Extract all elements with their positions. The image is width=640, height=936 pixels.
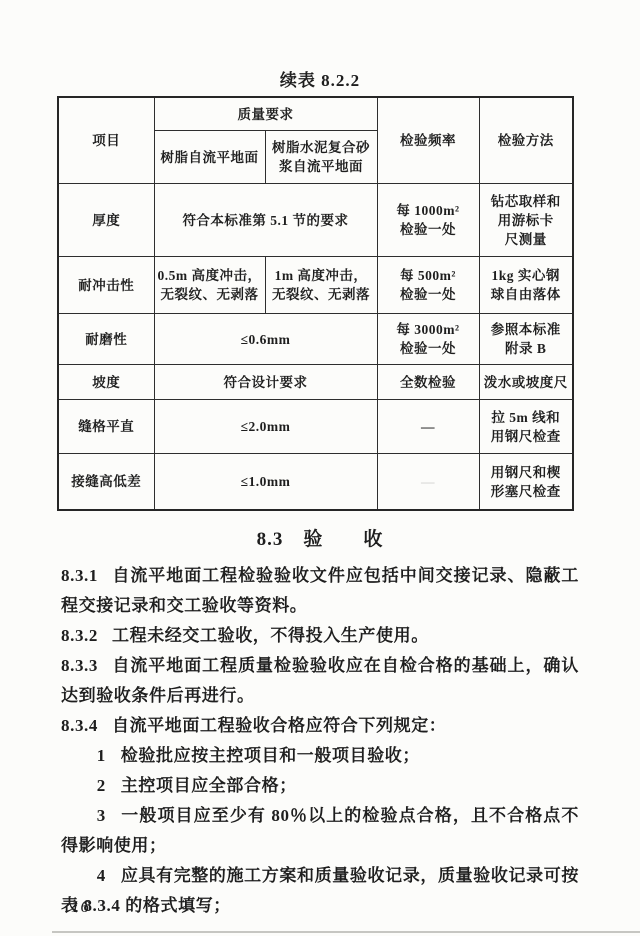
cell-frequency: 每 3000m² 检验一处 xyxy=(377,314,479,365)
table-header-row-1: 项目 质量要求 检验频率 检验方法 xyxy=(58,97,573,131)
list-item-2: 2主控项目应全部合格； xyxy=(61,771,579,801)
cell-frequency: 每 500m² 检验一处 xyxy=(377,257,479,314)
cell-requirement-resin: 0.5m 高度冲击， 无裂纹、无剥落 xyxy=(154,257,265,314)
cell-method: 参照本标准 附录 B xyxy=(479,314,573,365)
cell-item: 坡度 xyxy=(58,365,154,400)
table-row-thickness: 厚度 符合本标准第 5.1 节的要求 每 1000m² 检验一处 钻芯取样和 用… xyxy=(58,184,573,257)
quality-requirements-table: 项目 质量要求 检验频率 检验方法 树脂自流平地面 树脂水泥复合砂 浆自流平地面… xyxy=(57,96,574,511)
item-text: 主控项目应全部合格； xyxy=(121,776,297,795)
cell-method: 拉 5m 线和 用钢尺检查 xyxy=(479,400,573,454)
clause-number: 8.3.4 xyxy=(61,716,112,735)
cell-item: 接缝高低差 xyxy=(58,454,154,511)
cell-item: 耐冲击性 xyxy=(58,257,154,314)
clause-8-3-3: 8.3.3自流平地面工程质量检验验收应在自检合格的基础上，确认达到验收条件后再进… xyxy=(61,651,579,711)
clause-8-3-1: 8.3.1自流平地面工程检验验收文件应包括中间交接记录、隐蔽工程交接记录和交工验… xyxy=(61,561,579,621)
page-number: 16 xyxy=(71,897,90,917)
header-cell-method: 检验方法 xyxy=(479,97,573,184)
section-8-3: 8.3 验 收 8.3.1自流平地面工程检验验收文件应包括中间交接记录、隐蔽工程… xyxy=(61,524,579,921)
list-item-3: 3一般项目应至少有 80％以上的检验点合格，且不合格点不得影响使用； xyxy=(61,801,579,861)
table-row-impact-resistance: 耐冲击性 0.5m 高度冲击， 无裂纹、无剥落 1m 高度冲击， 无裂纹、无剥落… xyxy=(58,257,573,314)
cell-requirement: 符合本标准第 5.1 节的要求 xyxy=(154,184,377,257)
cell-requirement: 符合设计要求 xyxy=(154,365,377,400)
table-row-joint-height-difference: 接缝高低差 ≤1.0mm — 用钢尺和楔 形塞尺检查 xyxy=(58,454,573,511)
header-cell-quality-sub1: 树脂自流平地面 xyxy=(154,131,265,184)
cell-frequency: 每 1000m² 检验一处 xyxy=(377,184,479,257)
item-number: 4 xyxy=(97,866,121,885)
clause-number: 8.3.3 xyxy=(61,656,112,675)
header-cell-frequency: 检验频率 xyxy=(377,97,479,184)
header-cell-item: 项目 xyxy=(58,97,154,184)
item-number: 3 xyxy=(97,806,121,825)
item-text: 一般项目应至少有 80％以上的检验点合格，且不合格点不得影响使用； xyxy=(61,806,579,855)
clause-8-3-4: 8.3.4自流平地面工程验收合格应符合下列规定： xyxy=(61,711,579,741)
item-number: 2 xyxy=(97,776,121,795)
cell-item: 耐磨性 xyxy=(58,314,154,365)
cell-method: 钻芯取样和 用游标卡 尺测量 xyxy=(479,184,573,257)
table-row-slope: 坡度 符合设计要求 全数检验 泼水或坡度尺 xyxy=(58,365,573,400)
cell-requirement-cement: 1m 高度冲击， 无裂纹、无剥落 xyxy=(265,257,377,314)
clause-8-3-2: 8.3.2工程未经交工验收，不得投入生产使用。 xyxy=(61,621,579,651)
document-page: 续表 8.2.2 项目 质量要求 检验频率 检验方法 树脂自流平地面 树脂水泥复… xyxy=(0,0,640,936)
clause-number: 8.3.2 xyxy=(61,626,112,645)
cell-frequency: — xyxy=(377,400,479,454)
table-row-joint-straightness: 缝格平直 ≤2.0mm — 拉 5m 线和 用钢尺检查 xyxy=(58,400,573,454)
cell-requirement: ≤0.6mm xyxy=(154,314,377,365)
table-caption: 续表 8.2.2 xyxy=(0,66,640,91)
list-item-1: 1检验批应按主控项目和一般项目验收； xyxy=(61,741,579,771)
item-text: 检验批应按主控项目和一般项目验收； xyxy=(121,746,420,765)
header-cell-quality-group: 质量要求 xyxy=(154,97,377,131)
clause-text: 自流平地面工程检验验收文件应包括中间交接记录、隐蔽工程交接记录和交工验收等资料。 xyxy=(61,566,579,615)
section-heading: 8.3 验 收 xyxy=(61,524,579,551)
cell-method: 用钢尺和楔 形塞尺检查 xyxy=(479,454,573,511)
clause-text: 自流平地面工程验收合格应符合下列规定： xyxy=(112,716,446,735)
clause-text: 工程未经交工验收，不得投入生产使用。 xyxy=(112,626,429,645)
clause-number: 8.3.1 xyxy=(61,566,112,585)
cell-requirement: ≤2.0mm xyxy=(154,400,377,454)
cell-item: 缝格平直 xyxy=(58,400,154,454)
table-row-wear-resistance: 耐磨性 ≤0.6mm 每 3000m² 检验一处 参照本标准 附录 B xyxy=(58,314,573,365)
cell-frequency: — xyxy=(377,454,479,511)
cell-item: 厚度 xyxy=(58,184,154,257)
clause-text: 自流平地面工程质量检验验收应在自检合格的基础上，确认达到验收条件后再进行。 xyxy=(61,656,579,705)
cell-method: 1kg 实心钢 球自由落体 xyxy=(479,257,573,314)
page-bottom-scan-edge xyxy=(52,931,640,933)
header-cell-quality-sub2: 树脂水泥复合砂 浆自流平地面 xyxy=(265,131,377,184)
cell-method: 泼水或坡度尺 xyxy=(479,365,573,400)
item-text: 应具有完整的施工方案和质量验收记录，质量验收记录可按表 8.3.4 的格式填写； xyxy=(61,866,579,915)
item-number: 1 xyxy=(97,746,121,765)
cell-requirement: ≤1.0mm xyxy=(154,454,377,511)
cell-frequency: 全数检验 xyxy=(377,365,479,400)
list-item-4: 4应具有完整的施工方案和质量验收记录，质量验收记录可按表 8.3.4 的格式填写… xyxy=(61,861,579,921)
